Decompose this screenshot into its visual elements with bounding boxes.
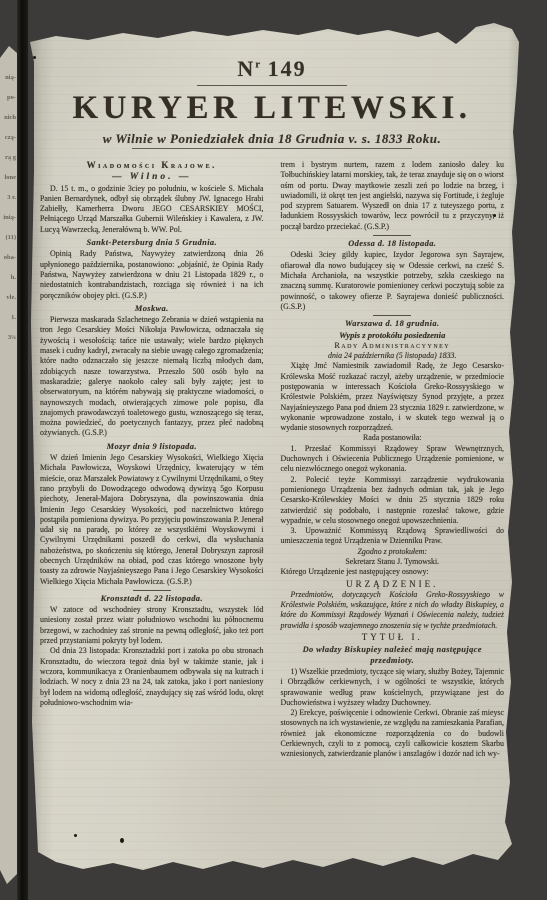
margin-fragment: lone xyxy=(4,174,16,181)
issue-number: Nr 149 xyxy=(40,56,504,82)
article-block: 1. Przesłać Kommissyi Rządowey Spraw Wew… xyxy=(281,444,505,475)
article-block: Rady Administracyyney xyxy=(281,341,505,351)
margin-fragment: czą- xyxy=(5,134,16,141)
article-block: URZĄDZENIE. xyxy=(281,579,505,589)
ink-stain xyxy=(33,56,36,59)
margin-fragment: oba- xyxy=(4,254,16,261)
ink-stain xyxy=(120,838,124,843)
article-block: W zatoce od wschodniey strony Kronsztadt… xyxy=(40,605,264,646)
section-divider xyxy=(373,235,411,236)
article-block: W dzień Imienin Jego Cesarskiey Wysokośc… xyxy=(40,453,264,587)
article-block: Zgodno z protokułem: xyxy=(281,547,505,557)
article-block: 1) Wszelkie przedmioty, tyczące się wiar… xyxy=(281,667,505,708)
ink-stain xyxy=(32,832,35,835)
ink-stain xyxy=(493,214,496,217)
article-block: Warszawa d. 18 grudnia. xyxy=(281,319,505,329)
issue-rule xyxy=(197,85,347,86)
article-block: Opinią Rady Państwa, Naywyżey zatwierdzo… xyxy=(40,249,264,300)
article-block: Do władzy Biskupiey należeć mają następu… xyxy=(281,645,505,666)
article-block: D. 15 t. m., o godzinie 3ciey po południ… xyxy=(40,184,264,235)
article-block: 2. Polecić teyże Kommissyi zarządzenie w… xyxy=(281,475,505,526)
binding-gutter xyxy=(17,0,28,900)
article-block: Wiadomości Krajowe. xyxy=(40,160,264,170)
newspaper-scan: nią-po-nichczą-rą glone3 r.inią-(11)oba-… xyxy=(0,0,547,900)
dateline-rule xyxy=(132,148,412,149)
margin-fragment: 3 r. xyxy=(7,194,16,201)
margin-fragment: inią- xyxy=(3,214,16,221)
article-block: Pierwsza maskarada Szlachetnego Zebrania… xyxy=(40,315,264,439)
margin-fragment: h. xyxy=(11,274,16,281)
newspaper-page: Nr 149 KURYER LITEWSKI. w Wilnie w Ponie… xyxy=(28,22,520,884)
article-block: Odessa d. 18 listopada. xyxy=(281,239,505,249)
text-columns: Wiadomości Krajowe.— Wilno. —D. 15 t. m.… xyxy=(40,160,504,760)
margin-fragment: po- xyxy=(7,94,16,101)
margin-fragment: vle. xyxy=(6,294,16,301)
article-block: TYTUŁ I. xyxy=(281,632,505,642)
right-column: trem i bystrym nurtem, razem z lodem zan… xyxy=(281,160,505,760)
article-block: Xiążę Jmć Namiestnik zawiadomił Radę, że… xyxy=(281,361,505,433)
dateline: w Wilnie w Poniedziałek dnia 18 Grudnia … xyxy=(40,131,504,147)
previous-page-sliver: nią-po-nichczą-rą glone3 r.inią-(11)oba-… xyxy=(0,46,17,884)
page-content: Nr 149 KURYER LITEWSKI. w Wilnie w Ponie… xyxy=(40,56,504,760)
margin-fragment: 1. xyxy=(11,314,16,321)
margin-fragment: nią- xyxy=(5,74,16,81)
section-divider xyxy=(373,315,411,316)
article-block: — Wilno. — xyxy=(40,172,264,182)
section-divider xyxy=(133,590,171,591)
article-block: Rada postanowiła: xyxy=(281,433,505,443)
margin-fragment: 3¼ xyxy=(8,334,16,341)
article-block: Sankt-Petersburg dnia 5 Grudnia. xyxy=(40,238,264,248)
article-block: Od dnia 23 listopada: Kronsztadzki port … xyxy=(40,646,264,708)
article-block: Mozyr dnia 9 listopada. xyxy=(40,442,264,452)
article-block: Moskwa. xyxy=(40,304,264,314)
margin-fragment: (11) xyxy=(6,234,16,241)
margin-fragment: nich xyxy=(4,114,16,121)
article-block: Przedmiotów, dotyczących Kościoła Greko-… xyxy=(281,590,505,631)
article-block: Którego Urządzenie jest następującey osn… xyxy=(281,567,505,577)
article-block: trem i bystrym nurtem, razem z lodem zan… xyxy=(281,160,505,232)
newspaper-title: KURYER LITEWSKI. xyxy=(40,90,504,127)
article-block: Odeski 3ciey gildy kupiec, Izydor Jegoro… xyxy=(281,250,505,312)
issue-superscript: r xyxy=(255,59,260,71)
article-block: Wypis z protokółu posiedzenia xyxy=(281,330,505,340)
ink-stain xyxy=(74,834,77,837)
article-block: 3. Upoważnić Kommissyą Rządową Sprawiedl… xyxy=(281,526,505,547)
margin-fragment: rą g xyxy=(5,154,16,161)
article-block: 2) Erekcye, poświęcenie i odnowienie Cer… xyxy=(281,708,505,759)
article-block: dnia 24 października (5 listopada) 1833. xyxy=(281,351,505,361)
left-column: Wiadomości Krajowe.— Wilno. —D. 15 t. m.… xyxy=(40,160,264,760)
article-block: Kronsztadt d. 22 listopada. xyxy=(40,594,264,604)
article-block: Sekretarz Stanu J. Tymowski. xyxy=(281,557,505,567)
